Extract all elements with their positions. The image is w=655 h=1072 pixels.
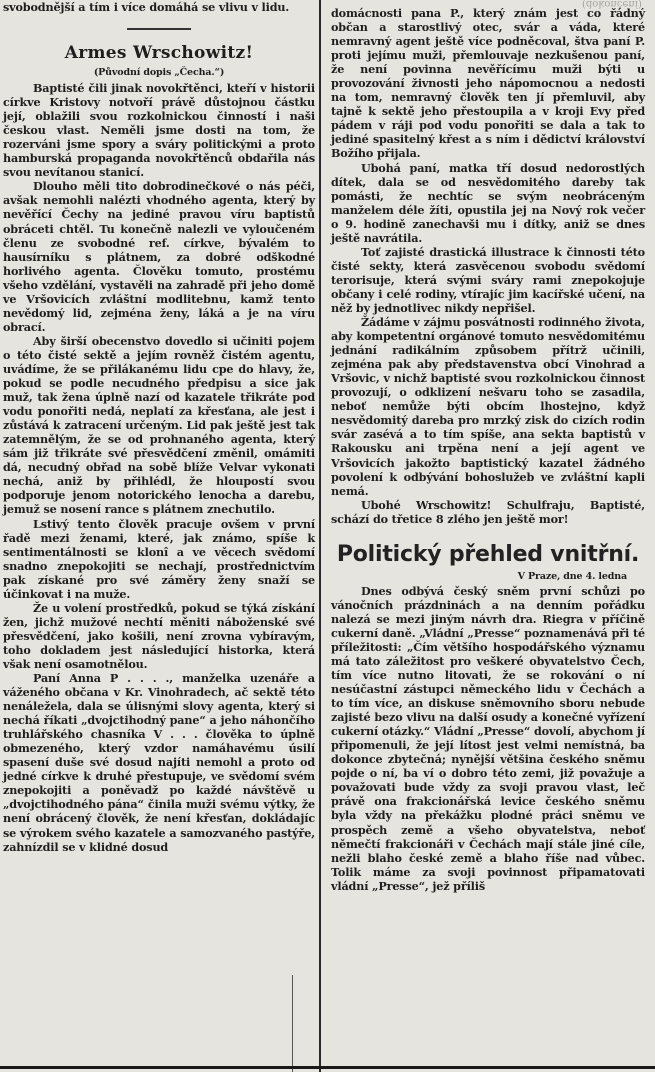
right-column: domácnosti pana P., který znám jest co ř…: [331, 6, 645, 893]
article-source: (Původní dopis „Čecha.“): [3, 66, 315, 79]
column-divider: [319, 0, 321, 1072]
article-paragraph: Toť zajisté drastická illustrace k činno…: [331, 245, 645, 315]
article-paragraph: Že u volení prostředků, pokud se týká zí…: [3, 601, 315, 671]
article-paragraph: Ubohé Wrschowitz! Schulfraju, Baptisté, …: [331, 498, 645, 526]
column-divider-inner: [292, 975, 293, 1072]
section-title: Politický přehled vnitřní.: [331, 540, 645, 570]
bottom-rule: [0, 1066, 655, 1069]
article-continuation: domácnosti pana P., který znám jest co ř…: [331, 6, 645, 161]
article-paragraph: Dlouho měli tito dobrodinečkové o nás pé…: [3, 179, 315, 334]
newspaper-page: (dokončení) svobodnější a tím i více dom…: [0, 0, 655, 1072]
article-paragraph: Baptisté čili jinak novokřtěnci, kteří v…: [3, 81, 315, 179]
article-paragraph: Žádáme v zájmu posvátnosti rodinného živ…: [331, 315, 645, 498]
section-paragraph: Dnes odbývá český sněm první schůzi po v…: [331, 584, 645, 893]
article-paragraph: Lstivý tento člověk pracuje ovšem v prvn…: [3, 517, 315, 601]
article-paragraph: Aby širší obecenstvo dovedlo si učiniti …: [3, 334, 315, 517]
article-paragraph: Ubohá paní, matka tří dosud nedorostlých…: [331, 161, 645, 245]
lead-in-text: svobodnější a tím i více domáhá se vlivu…: [3, 0, 315, 14]
left-column: svobodnější a tím i více domáhá se vlivu…: [3, 0, 315, 854]
article-separator: [127, 28, 191, 30]
dateline: V Praze, dne 4. ledna: [331, 570, 645, 584]
article-paragraph: Paní Anna P . . . ., manželka uzenáře a …: [3, 671, 315, 854]
article-title: Armes Wrschowitz!: [3, 42, 315, 64]
